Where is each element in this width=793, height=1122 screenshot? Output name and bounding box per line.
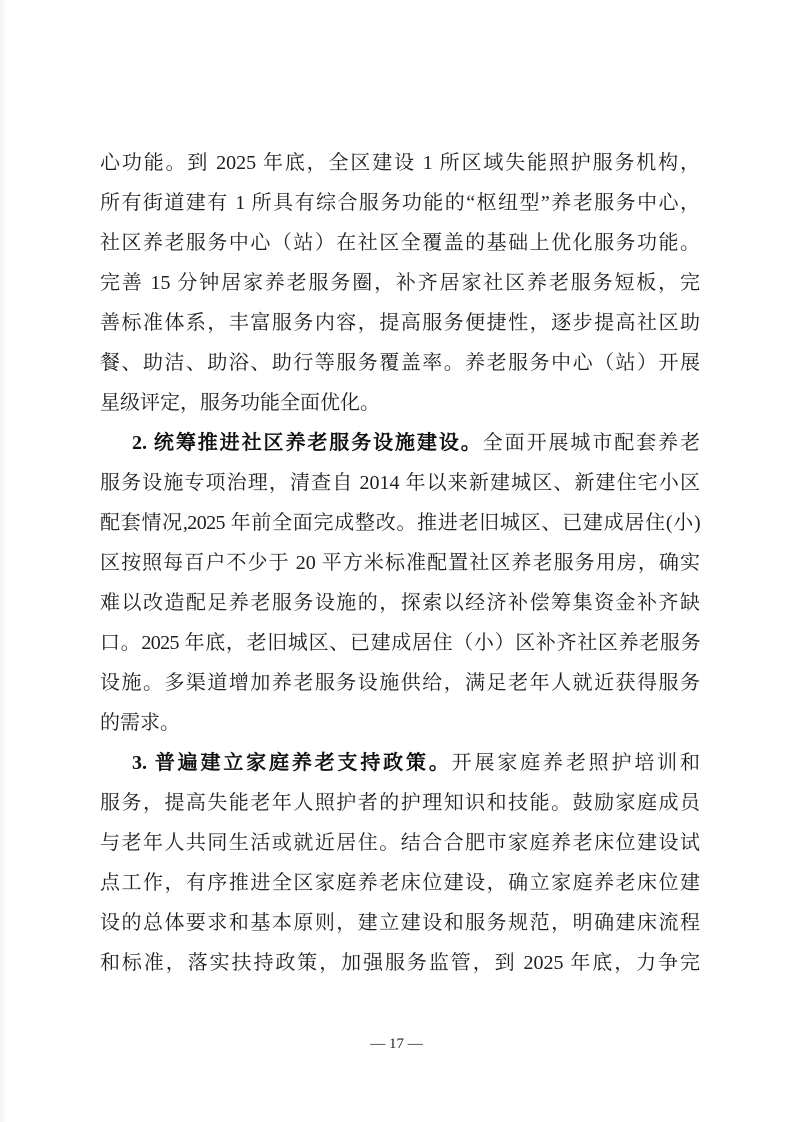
document-page: 心功能。到 2025 年底，全区建设 1 所区域失能照护服务机构，所有街道建有 … (0, 0, 793, 1122)
body-line: 设的总体要求和基本原则，建立建设和服务规范，明确建床流程 (100, 903, 700, 943)
body-line: 星级评定，服务功能全面优化。 (100, 383, 700, 423)
body-run: 餐、助洁、助浴、助行等服务覆盖率。养老服务中心（站）开展 (100, 352, 700, 374)
body-run: 服务，提高失能老年人照护者的护理知识和技能。鼓励家庭成员 (100, 792, 700, 814)
body-run: 所有街道建有 1 所具有综合服务功能的“枢纽型”养老服务中心， (100, 192, 700, 214)
body-text: 心功能。到 2025 年底，全区建设 1 所区域失能照护服务机构，所有街道建有 … (100, 143, 700, 983)
body-line: 设施。多渠道增加养老服务设施供给，满足老年人就近获得服务 (100, 663, 700, 703)
scan-edge-shadow (0, 0, 7, 1122)
body-line: 餐、助洁、助浴、助行等服务覆盖率。养老服务中心（站）开展 (100, 343, 700, 383)
body-run: 社区养老服务中心（站）在社区全覆盖的基础上优化服务功能。 (100, 232, 700, 254)
body-line: 服务设施专项治理，清查自 2014 年以来新建城区、新建住宅小区 (100, 463, 700, 503)
body-run: 全面开展城市配套养老 (483, 432, 700, 454)
body-run: 点工作，有序推进全区家庭养老床位建设，确立家庭养老床位建 (100, 872, 700, 894)
body-run: 区按照每百户不少于 20 平方米标准配置社区养老服务用房，确实 (100, 552, 700, 574)
body-run: 难以改造配足养老服务设施的，探索以经济补偿筹集资金补齐缺 (100, 592, 700, 614)
body-run: 与老年人共同生活或就近居住。结合合肥市家庭养老床位建设试 (100, 832, 700, 854)
body-line: 难以改造配足养老服务设施的，探索以经济补偿筹集资金补齐缺 (100, 583, 700, 623)
body-line: 的需求。 (100, 703, 700, 743)
body-line: 口。2025 年底，老旧城区、已建成居住（小）区补齐社区养老服务 (100, 623, 700, 663)
body-line: 社区养老服务中心（站）在社区全覆盖的基础上优化服务功能。 (100, 223, 700, 263)
body-line: 与老年人共同生活或就近居住。结合合肥市家庭养老床位建设试 (100, 823, 700, 863)
body-line: 完善 15 分钟居家养老服务圈，补齐居家社区养老服务短板，完 (100, 263, 700, 303)
section-heading: 2. 统筹推进社区养老服务设施建设。 (132, 432, 483, 454)
body-line: 善标准体系，丰富服务内容，提高服务便捷性，逐步提高社区助 (100, 303, 700, 343)
body-run: 星级评定，服务功能全面优化。 (100, 392, 380, 414)
body-run: 口。2025 年底，老旧城区、已建成居住（小）区补齐社区养老服务 (100, 632, 700, 654)
body-run: 的需求。 (100, 712, 180, 734)
body-run: 善标准体系，丰富服务内容，提高服务便捷性，逐步提高社区助 (100, 312, 700, 334)
body-run: 和标准，落实扶持政策，加强服务监管，到 2025 年底，力争完 (100, 952, 700, 974)
body-line: 所有街道建有 1 所具有综合服务功能的“枢纽型”养老服务中心， (100, 183, 700, 223)
page-number: — 17 — (0, 1033, 793, 1055)
body-line: 服务，提高失能老年人照护者的护理知识和技能。鼓励家庭成员 (100, 783, 700, 823)
body-line: 区按照每百户不少于 20 平方米标准配置社区养老服务用房，确实 (100, 543, 700, 583)
body-run: 心功能。到 2025 年底，全区建设 1 所区域失能照护服务机构， (100, 152, 700, 174)
body-line: 心功能。到 2025 年底，全区建设 1 所区域失能照护服务机构， (100, 143, 700, 183)
body-run: 设的总体要求和基本原则，建立建设和服务规范，明确建床流程 (100, 912, 700, 934)
body-line: 2. 统筹推进社区养老服务设施建设。全面开展城市配套养老 (100, 423, 700, 463)
body-line: 配套情况,2025 年前全面完成整改。推进老旧城区、已建成居住(小) (100, 503, 700, 543)
section-heading: 3. 普遍建立家庭养老支持政策。 (132, 752, 452, 774)
body-line: 3. 普遍建立家庭养老支持政策。开展家庭养老照护培训和 (100, 743, 700, 783)
body-line: 点工作，有序推进全区家庭养老床位建设，确立家庭养老床位建 (100, 863, 700, 903)
body-run: 服务设施专项治理，清查自 2014 年以来新建城区、新建住宅小区 (100, 472, 700, 494)
body-run: 完善 15 分钟居家养老服务圈，补齐居家社区养老服务短板，完 (100, 272, 700, 294)
body-run: 配套情况,2025 年前全面完成整改。推进老旧城区、已建成居住(小) (100, 512, 700, 534)
body-run: 开展家庭养老照护培训和 (452, 752, 700, 774)
body-run: 设施。多渠道增加养老服务设施供给，满足老年人就近获得服务 (100, 672, 700, 694)
body-line: 和标准，落实扶持政策，加强服务监管，到 2025 年底，力争完 (100, 943, 700, 983)
